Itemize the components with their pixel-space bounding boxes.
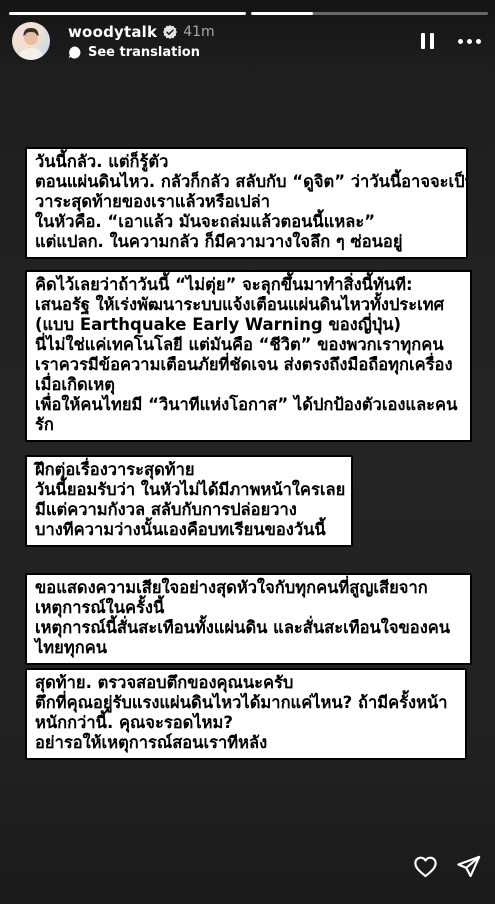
story-text-line: มีแต่ความกังวล สลับกับการปล่อยวาง — [35, 500, 343, 520]
story-text-line: รัก — [35, 415, 462, 435]
story-header: woodytalk 41m See translation — [12, 21, 483, 65]
story-text-line: ตอนแผ่นดินไหว. กลัวก็กลัว สลับกับ “ดูจิต… — [35, 172, 458, 192]
story-text-line: (แบบ Earthquake Early Warning ของญี่ปุ่น… — [35, 315, 462, 335]
story-text-block-1: วันนี้กลัว. แต่ก็รู้ตัว ตอนแผ่นดินไหว. ก… — [25, 147, 468, 259]
share-paper-plane-icon[interactable] — [455, 853, 482, 884]
story-timestamp: 41m — [183, 24, 214, 40]
story-text-line: เมื่อเกิดเหตุ — [35, 375, 462, 395]
progress-segment-1 — [9, 12, 246, 15]
story-text-line: ไทยทุกคน — [35, 638, 462, 658]
story-text-line: วันนี้กลัว. แต่ก็รู้ตัว — [35, 152, 458, 172]
progress-segment-2 — [251, 12, 488, 15]
verified-badge-icon — [163, 25, 177, 39]
story-text-block-3: ฝึกตุ่อเรื่องวาระสุดท้าย วันนี้ยอมรับว่า… — [25, 455, 353, 547]
story-text-line: ฝึกตุ่อเรื่องวาระสุดท้าย — [35, 460, 343, 480]
story-viewer: woodytalk 41m See translation วันนี้กล — [0, 0, 495, 904]
story-text-line: ขอแสดงความเสียใจอย่างสุดหัวใจกับทุกคนที่… — [35, 578, 462, 598]
avatar[interactable] — [12, 22, 50, 60]
story-text-line: แต่แปลก. ในความกลัว ก็มีความวางใจลึก ๆ ซ… — [35, 232, 458, 252]
story-text-line: สุดท้าย. ตรวจสอบตึกของคุณนะครับ — [35, 673, 457, 693]
progress-fill-1 — [9, 12, 246, 15]
progress-fill-2 — [251, 12, 313, 15]
translation-bubble-icon — [68, 46, 81, 59]
story-text-line: เหตุการณ์นี้สั่นสะเทือนทั้งแผ่นดิน และสั… — [35, 618, 462, 638]
header-actions — [419, 31, 481, 51]
username[interactable]: woodytalk — [68, 23, 157, 41]
story-text-line: วาระสุดท้ายของเราแล้วหรือเปล่า — [35, 192, 458, 212]
story-text-line: บางทีความว่างนั้นเองคือบทเรียนของวันนี้ — [35, 520, 343, 540]
see-translation-label[interactable]: See translation — [88, 45, 200, 60]
footer-actions — [412, 853, 482, 884]
pause-icon[interactable] — [419, 31, 436, 51]
more-options-icon[interactable] — [458, 33, 481, 50]
story-text-block-2: คิดไว้เลยว่าถ้าวันนี้ “ไม่ตุ่ย” จะลุกขึ้… — [25, 270, 472, 442]
story-text-line: นี่ไม่ใช่แค่เทคโนโลยี แต่มันคือ “ชีวิต” … — [35, 335, 462, 355]
story-text-line: คิดไว้เลยว่าถ้าวันนี้ “ไม่ตุ่ย” จะลุกขึ้… — [35, 275, 462, 295]
story-text-block-5: สุดท้าย. ตรวจสอบตึกของคุณนะครับ ตึกที่คุ… — [25, 668, 467, 760]
story-text-line: เราควรมีข้อความเตือนภัยที่ชัดเจน ส่งตรงถ… — [35, 355, 462, 375]
story-text-block-4: ขอแสดงความเสียใจอย่างสุดหัวใจกับทุกคนที่… — [25, 573, 472, 665]
user-line[interactable]: woodytalk 41m — [68, 23, 215, 41]
story-progress — [9, 12, 488, 15]
story-text-line: วันนี้ยอมรับว่า ในหัวไม่ได้มีภาพหน้าใครเ… — [35, 480, 343, 500]
story-text-line: อย่ารอให้เหตุการณ์สอนเราทีหลัง — [35, 733, 457, 753]
story-text-line: ในหัวคือ. “เอาแล้ว มันจะถล่มแล้วตอนนี้แห… — [35, 212, 458, 232]
story-text-line: หนักกว่านี้. คุณจะรอดไหม? — [35, 713, 457, 733]
like-heart-icon[interactable] — [412, 853, 439, 884]
see-translation-button[interactable]: See translation — [68, 45, 200, 60]
story-text-line: เพื่อให้คนไทยมี “วินาทีแห่งโอกาส” ได้ปกป… — [35, 395, 462, 415]
story-text-line: เสนอรัฐ ให้เร่งพัฒนาระบบแจ้งเตือนแผ่นดิน… — [35, 295, 462, 315]
story-text-line: ตึกที่คุณอยู่รับแรงแผ่นดินไหวได้มากแค่ไห… — [35, 693, 457, 713]
story-text-line: เหตุการณ์ในครั้งนี้ — [35, 598, 462, 618]
